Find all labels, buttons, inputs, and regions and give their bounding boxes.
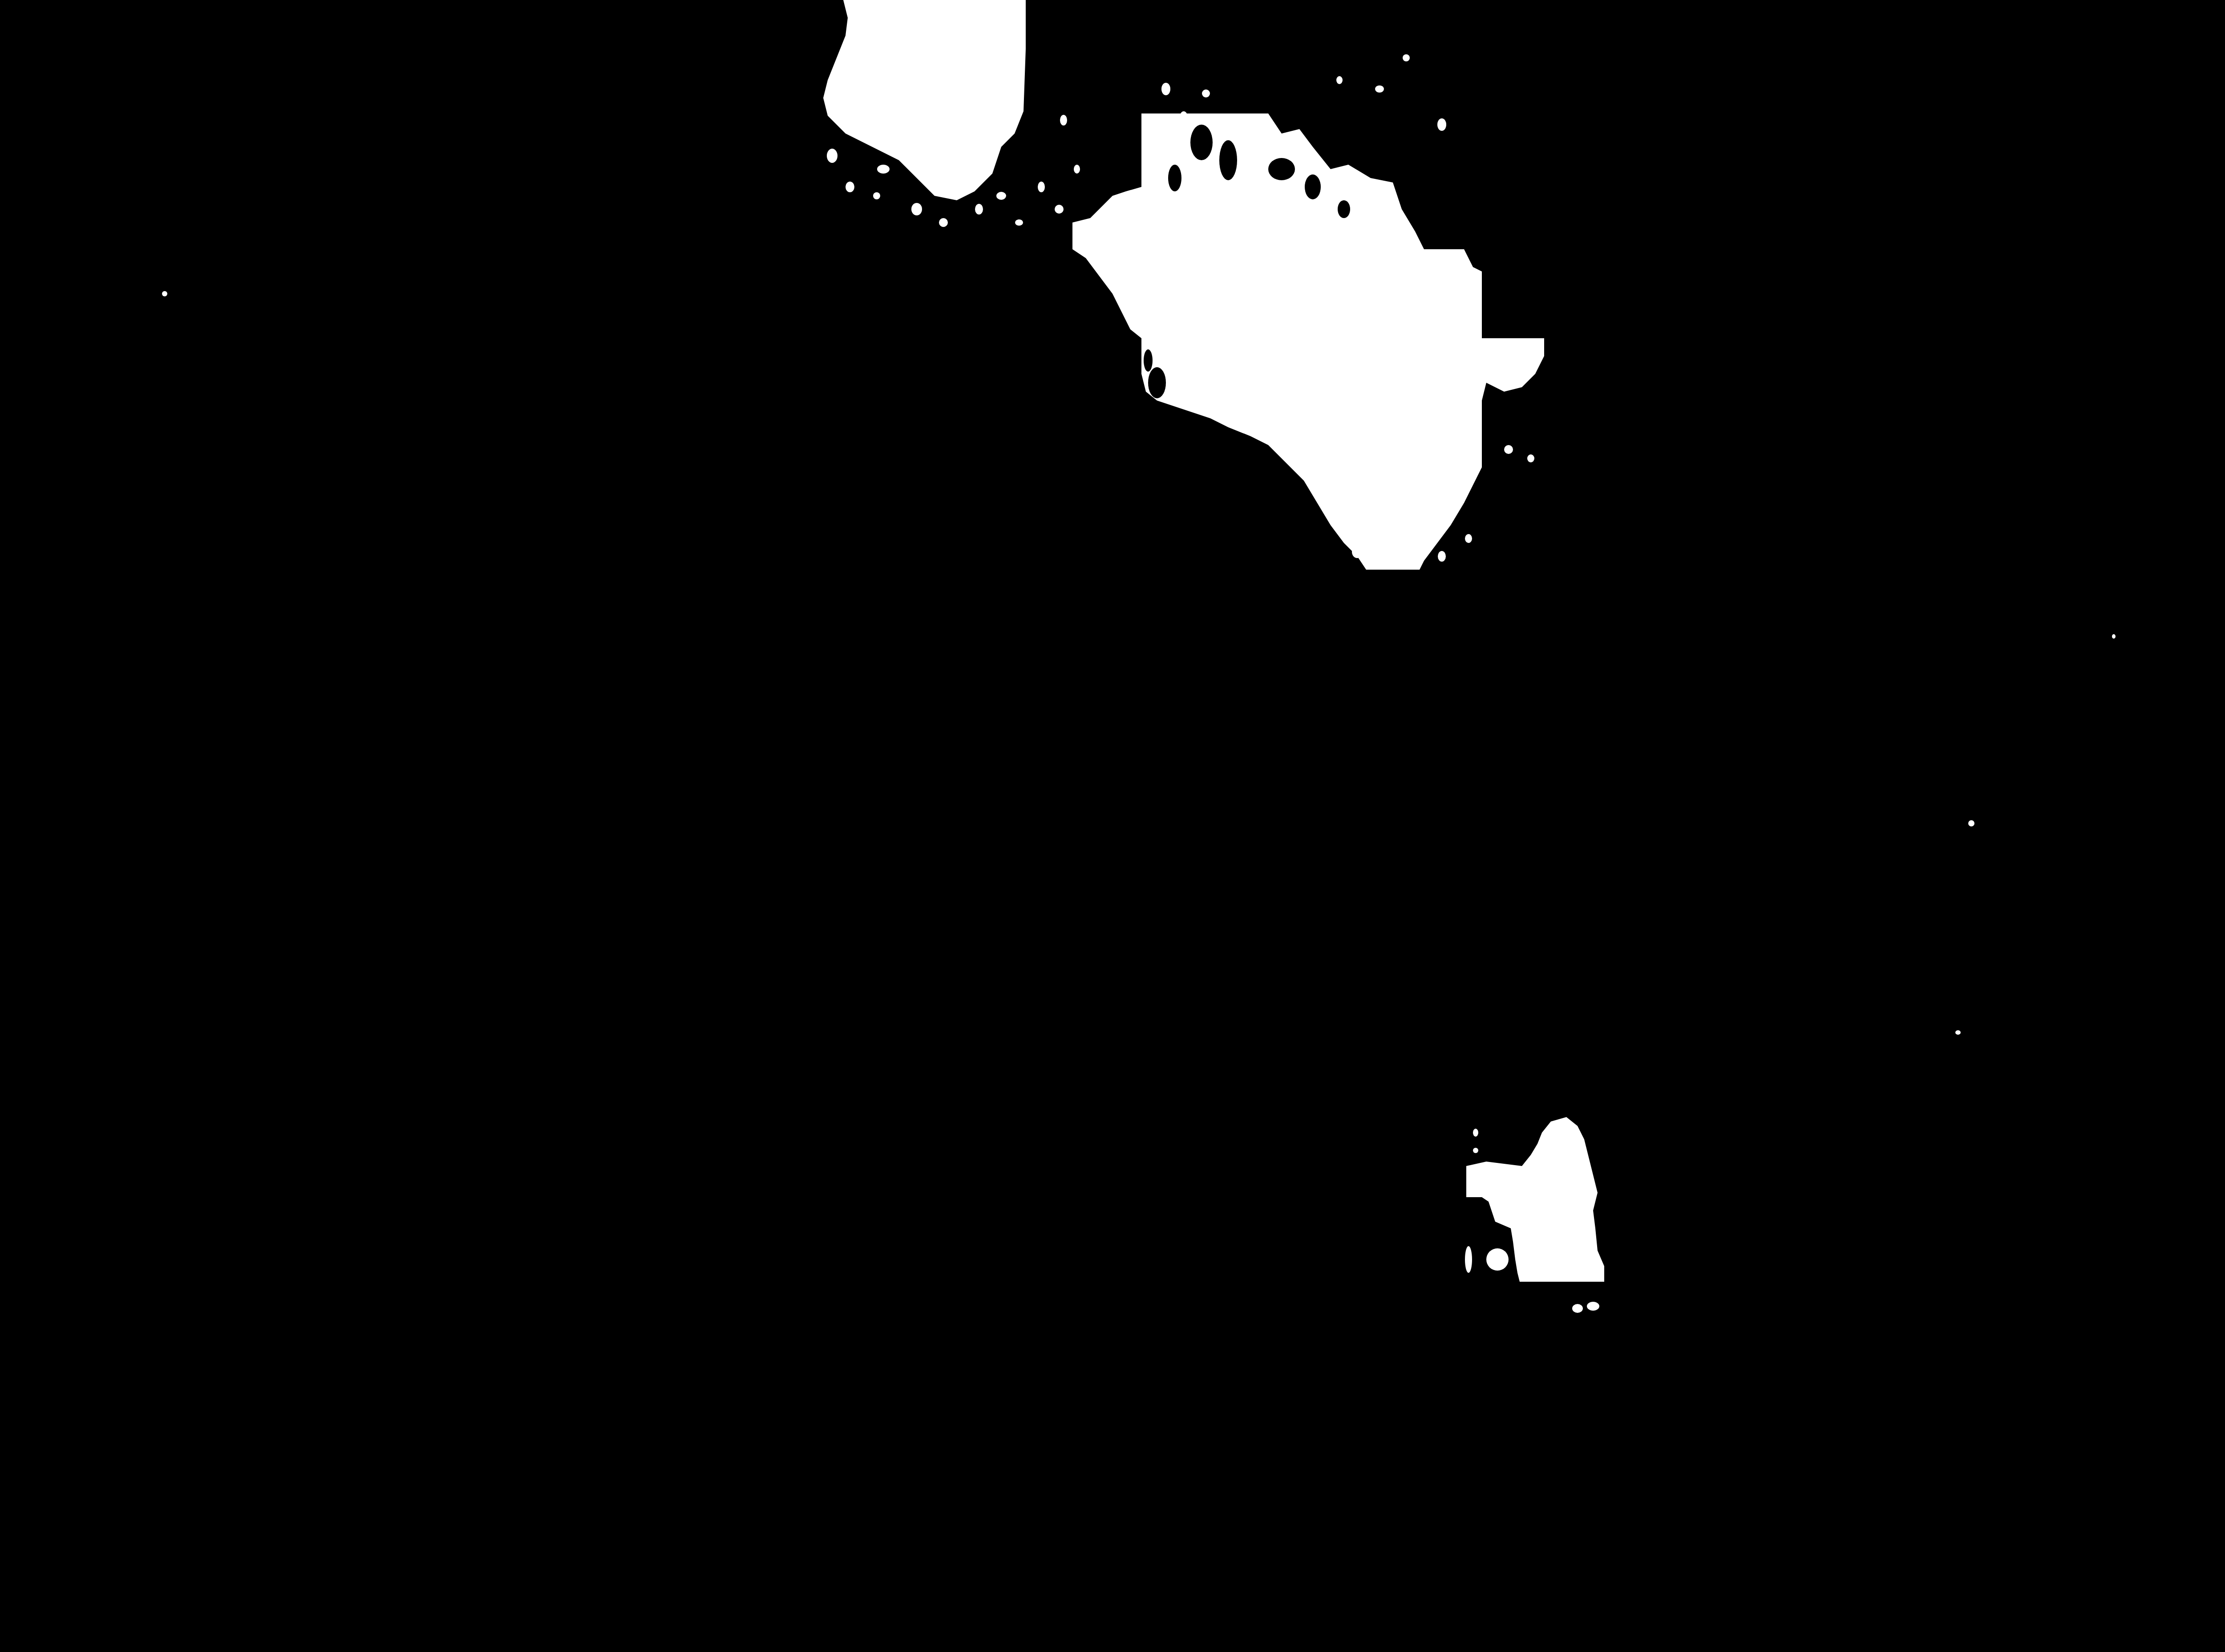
segmentation-mask bbox=[0, 0, 2225, 1652]
